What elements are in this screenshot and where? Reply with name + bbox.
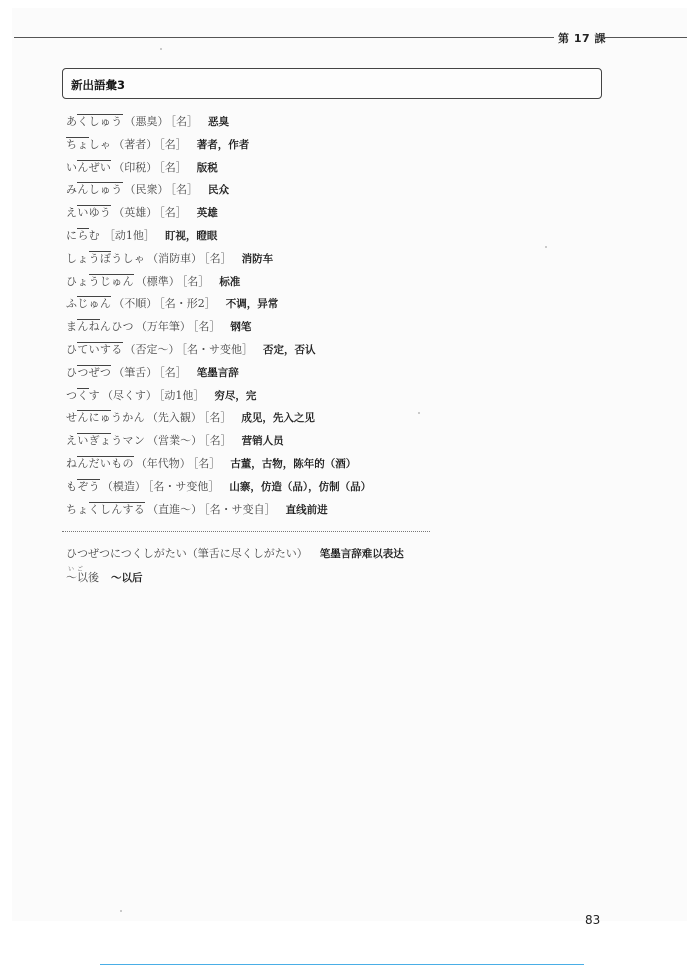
reading: まんねんひつ: [66, 319, 134, 333]
reading: みんしゅう: [66, 182, 123, 196]
part-of-speech: ［名・形2］: [159, 297, 216, 310]
part-of-speech: ［名］: [159, 206, 187, 219]
ruby-text: いご: [68, 564, 86, 573]
part-of-speech: ［名］: [193, 457, 221, 470]
kanji-form: （標準）: [136, 275, 180, 288]
pitch-accent-overline: んね: [77, 319, 100, 333]
reading-pre: ま: [66, 320, 77, 333]
page-number: 83: [585, 913, 600, 927]
reading-post: んひつ: [100, 320, 134, 333]
meaning: 恶臭: [208, 116, 229, 128]
part-of-speech: ［名］: [171, 183, 199, 196]
part-of-speech: ［动1他］: [104, 229, 155, 242]
extra-meaning: 〜以后: [111, 572, 143, 584]
reading-pre: ふ: [66, 297, 77, 310]
reading: えいゆう: [66, 205, 111, 219]
meaning: 民众: [208, 184, 229, 196]
pitch-accent-overline: うじゅん: [89, 274, 134, 288]
meaning: 版税: [197, 162, 218, 174]
kanji-form: （不順）: [113, 297, 157, 310]
part-of-speech: ［名・サ变自］: [204, 503, 276, 516]
reading-pre: あ: [66, 115, 77, 128]
part-of-speech: ［动1他］: [159, 389, 205, 402]
meaning: 否定，否认: [263, 344, 316, 356]
part-of-speech: ［名］: [182, 275, 210, 288]
vocab-entry: ちょしゃ（著者）［名］著者，作者: [66, 136, 371, 159]
reading: ちょしゃ: [66, 137, 111, 151]
kanji-form: （模造）: [102, 480, 146, 493]
vocab-entry: みんしゅう（民衆）［名］民众: [66, 181, 371, 204]
footer-band: [96, 921, 687, 969]
meaning: 不调，异常: [226, 298, 279, 310]
vocab-entry: えいゆう（英雄）［名］英雄: [66, 204, 371, 227]
scan-speck: [120, 910, 122, 912]
vocab-entry: しょうぼうしゃ（消防車）［名］消防车: [66, 250, 371, 273]
reading: いんぜい: [66, 160, 111, 174]
pitch-accent-overline: く: [77, 388, 88, 402]
scan-speck: [418, 412, 420, 414]
kanji-form: （筆舌）: [113, 366, 157, 379]
reading-pre: い: [66, 161, 77, 174]
reading-pre: え: [66, 206, 77, 219]
meaning: 消防车: [242, 253, 274, 265]
vocab-entry: ひていする（否定〜）［名・サ变他］否定，否认: [66, 341, 371, 364]
reading: つくす: [66, 388, 100, 402]
pitch-accent-overline: いゆう: [77, 205, 111, 219]
vocab-entry: あくしゅう（悪臭）［名］恶臭: [66, 113, 371, 136]
reading-pre: つ: [66, 389, 77, 402]
meaning: 直线前进: [286, 504, 328, 516]
pitch-accent-overline: んにゅ: [77, 410, 111, 424]
part-of-speech: ［名］: [193, 320, 221, 333]
part-of-speech: ［名］: [159, 366, 187, 379]
pitch-accent-overline: いぎょ: [77, 433, 111, 447]
vocab-entry: ふじゅん（不順）［名・形2］不调，异常: [66, 295, 371, 318]
part-of-speech: ［名］: [171, 115, 199, 128]
part-of-speech: ［名］: [159, 138, 187, 151]
vocab-entry: まんねんひつ（万年筆）［名］钢笔: [66, 318, 371, 341]
meaning: 标准: [219, 276, 240, 288]
pitch-accent-overline: じゅん: [77, 296, 111, 310]
reading: しょうぼうしゃ: [66, 251, 145, 265]
part-of-speech: ［名］: [204, 434, 232, 447]
meaning: 营销人员: [242, 435, 284, 447]
kanji-form: （英雄）: [113, 206, 157, 219]
header-rule-left: [14, 37, 554, 38]
pitch-accent-overline: つぜつ: [77, 365, 111, 379]
reading-pre: ひ: [66, 366, 77, 379]
pitch-accent-overline: くしんする: [89, 502, 146, 516]
reading-pre: え: [66, 434, 77, 447]
reading-pre: ひ: [66, 343, 77, 356]
pitch-accent-overline: ちょ: [66, 137, 89, 151]
kanji-form: （年代物）: [136, 457, 191, 470]
reading-pre: に: [66, 229, 77, 242]
reading-pre: み: [66, 183, 77, 196]
chapter-label: 第 17 課: [558, 30, 606, 46]
reading: せんにゅうかん: [66, 410, 145, 424]
kanji-form: （悪臭）: [125, 115, 169, 128]
section-title: 新出語彙3: [71, 77, 125, 93]
kanji-form: （否定〜）: [125, 343, 180, 356]
dotted-divider: [62, 531, 430, 532]
pitch-accent-overline: んしゅう: [77, 182, 122, 196]
vocab-entry: ねんだいもの（年代物）［名］古董，古物，陈年的（酒）: [66, 455, 371, 478]
pitch-accent-overline: んぜい: [77, 160, 111, 174]
kanji-form: （先入観）: [147, 411, 202, 424]
reading: ひつぜつ: [66, 365, 111, 379]
meaning: 古董，古物，陈年的（酒）: [230, 458, 356, 470]
kanji-form: （著者）: [113, 138, 157, 151]
reading-pre: ね: [66, 457, 77, 470]
pitch-accent-overline: うぼ: [89, 251, 112, 265]
extra-phrase-1: ひつぜつにつくしがたい（筆舌に尽くしがたい）笔墨言辞难以表达: [66, 545, 404, 561]
meaning: 成见，先入之见: [241, 412, 315, 424]
meaning: 山寨，仿造（品），仿制（品）: [229, 481, 371, 493]
meaning: 穷尽，完: [214, 390, 256, 402]
vocab-entry: ちょくしんする（直進〜）［名・サ变自］直线前进: [66, 501, 371, 524]
meaning: 钢笔: [230, 321, 251, 333]
kanji-form: （万年筆）: [136, 320, 191, 333]
reading-pre: しょ: [66, 252, 89, 265]
reading-pre: せ: [66, 411, 77, 424]
part-of-speech: ［名］: [204, 411, 232, 424]
reading-post: うマン: [111, 434, 145, 447]
vocab-entry: ひょうじゅん（標準）［名］标准: [66, 273, 371, 296]
meaning: 盯视，瞪眼: [165, 230, 218, 242]
kanji-form: （尽くす）: [102, 389, 157, 402]
part-of-speech: ［名］: [159, 161, 187, 174]
vocab-entry: つくす（尽くす）［动1他］穷尽，完: [66, 387, 371, 410]
meaning: 著者，作者: [197, 139, 250, 151]
part-of-speech: ［名・サ变他］: [148, 480, 220, 493]
scan-speck: [160, 48, 162, 50]
vocab-entry: えいぎょうマン（営業〜）［名］营销人员: [66, 432, 371, 455]
footer-accent-line: [100, 964, 584, 965]
pitch-accent-overline: んだいもの: [77, 456, 134, 470]
part-of-speech: ［名］: [204, 252, 232, 265]
vocab-list: あくしゅう（悪臭）［名］恶臭ちょしゃ（著者）［名］著者，作者いんぜい（印税）［名…: [66, 113, 371, 523]
vocab-entry: もぞう（模造）［名・サ变他］山寨，仿造（品），仿制（品）: [66, 478, 371, 501]
meaning: 英雄: [197, 207, 218, 219]
reading: ねんだいもの: [66, 456, 134, 470]
reading-post: うしゃ: [111, 252, 145, 265]
reading: もぞう: [66, 479, 100, 493]
reading: えいぎょうマン: [66, 433, 145, 447]
header-rule-right: [602, 37, 687, 38]
reading-pre: ひょ: [66, 275, 89, 288]
pitch-accent-overline: ていする: [77, 342, 122, 356]
part-of-speech: ［名・サ变他］: [182, 343, 254, 356]
scan-speck: [545, 246, 547, 248]
reading: あくしゅう: [66, 114, 123, 128]
pitch-accent-overline: くしゅう: [77, 114, 122, 128]
reading-pre: も: [66, 480, 77, 493]
vocab-entry: ひつぜつ（筆舌）［名］笔墨言辞: [66, 364, 371, 387]
vocab-entry: せんにゅうかん（先入観）［名］成见，先入之见: [66, 409, 371, 432]
vocab-entry: にらむ［动1他］盯视，瞪眼: [66, 227, 371, 250]
reading: ひていする: [66, 342, 123, 356]
kanji-form: （消防車）: [147, 252, 202, 265]
pitch-accent-overline: ら: [77, 228, 88, 242]
vocab-entry: いんぜい（印税）［名］版税: [66, 159, 371, 182]
kanji-form: （民衆）: [125, 183, 169, 196]
kanji-form: （直進〜）: [147, 503, 202, 516]
reading-post: しゃ: [89, 138, 112, 151]
extra-phrase: ひつぜつにつくしがたい（筆舌に尽くしがたい）: [66, 547, 308, 560]
kanji-form: （印税）: [113, 161, 157, 174]
extra-meaning: 笔墨言辞难以表达: [320, 548, 404, 560]
reading: にらむ: [66, 228, 100, 242]
reading-post: す: [89, 389, 100, 402]
reading-pre: ちょ: [66, 503, 89, 516]
reading: ひょうじゅん: [66, 274, 134, 288]
reading: ちょくしんする: [66, 502, 145, 516]
section-title-box: 新出語彙3: [62, 68, 602, 99]
reading: ふじゅん: [66, 296, 111, 310]
reading-post: うかん: [111, 411, 145, 424]
extra-phrase-2: いご〜以後〜以后: [66, 569, 143, 585]
meaning: 笔墨言辞: [197, 367, 239, 379]
extra-phrase-with-ruby: いご〜以後: [66, 571, 99, 584]
pitch-accent-overline: ぞう: [77, 479, 100, 493]
kanji-form: （営業〜）: [147, 434, 202, 447]
reading-post: む: [89, 229, 100, 242]
